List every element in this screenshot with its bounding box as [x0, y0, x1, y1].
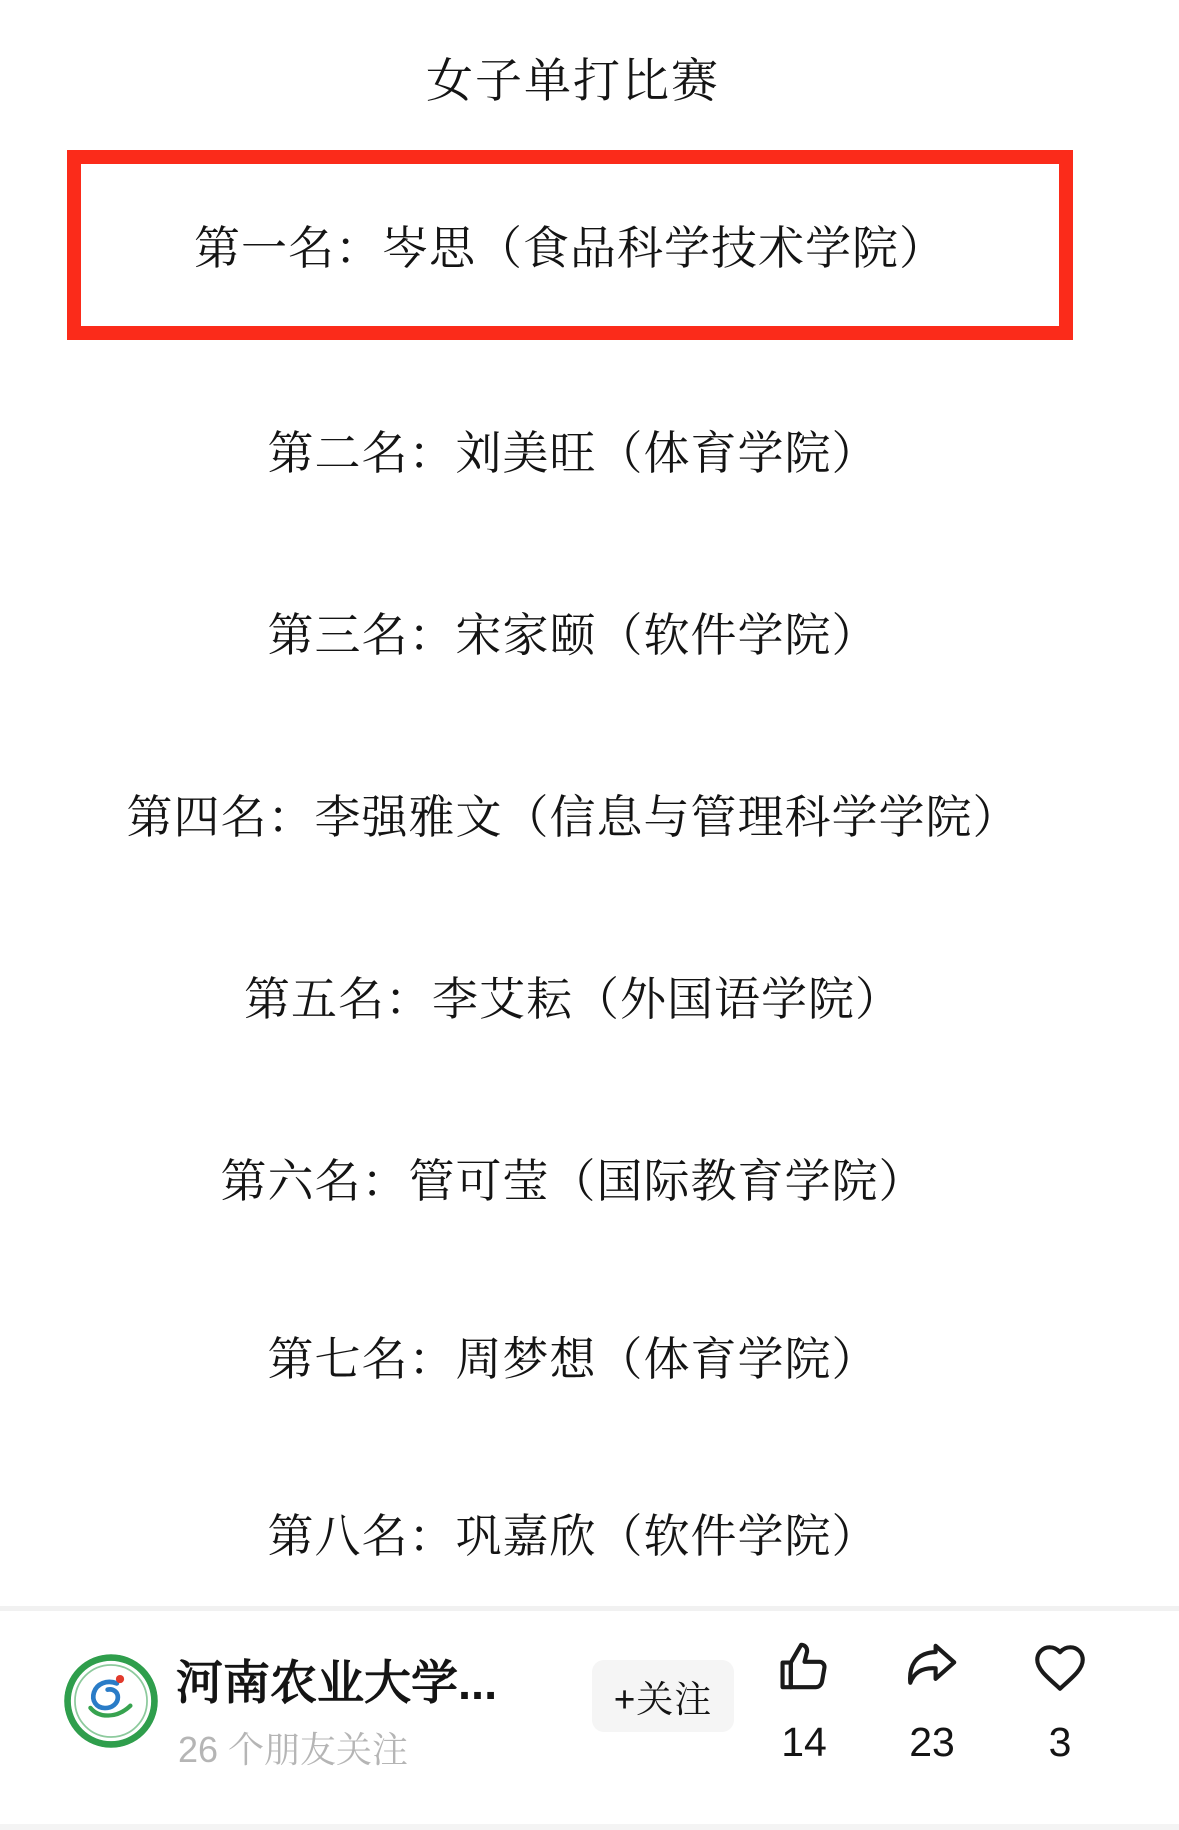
- account-avatar[interactable]: [64, 1654, 158, 1748]
- bottom-edge-divider: [0, 1824, 1179, 1830]
- result-row-7: 第七名：周梦想（体育学院）: [0, 1323, 1146, 1389]
- favorite-count: 3: [1049, 1722, 1072, 1763]
- like-button[interactable]: 14: [770, 1634, 838, 1794]
- first-place-highlight-box: 第一名：岑思（食品科学技术学院）: [67, 150, 1073, 340]
- result-row-8: 第八名：巩嘉欣（软件学院）: [0, 1500, 1146, 1566]
- result-row-2: 第二名：刘美旺（体育学院）: [0, 417, 1146, 483]
- university-logo-icon: [64, 1654, 158, 1748]
- share-count: 23: [909, 1722, 955, 1763]
- friends-follow-note: 26 个朋友关注: [178, 1722, 408, 1773]
- result-row-4: 第四名：李强雅文（信息与管理科学学院）: [0, 781, 1146, 847]
- like-count: 14: [781, 1722, 827, 1763]
- share-arrow-icon: [901, 1634, 963, 1700]
- post-page: 女子单打比赛 第一名：岑思（食品科学技术学院） 第二名：刘美旺（体育学院） 第三…: [0, 0, 1179, 1830]
- page-title: 女子单打比赛: [0, 44, 1146, 111]
- heart-icon: [1029, 1634, 1091, 1700]
- result-row-5: 第五名：李艾耘（外国语学院）: [0, 963, 1146, 1029]
- result-row-3: 第三名：宋家颐（软件学院）: [0, 599, 1146, 665]
- result-row-1: 第一名：岑思（食品科学技术学院）: [194, 212, 946, 278]
- share-button[interactable]: 23: [898, 1634, 966, 1794]
- favorite-button[interactable]: 3: [1026, 1634, 1094, 1794]
- thumbs-up-icon: [773, 1634, 835, 1700]
- follow-button[interactable]: +关注: [592, 1660, 734, 1732]
- account-name[interactable]: 河南农业大学...: [176, 1646, 497, 1713]
- result-row-6: 第六名：管可莹（国际教育学院）: [0, 1145, 1146, 1211]
- footer-divider: [0, 1606, 1179, 1611]
